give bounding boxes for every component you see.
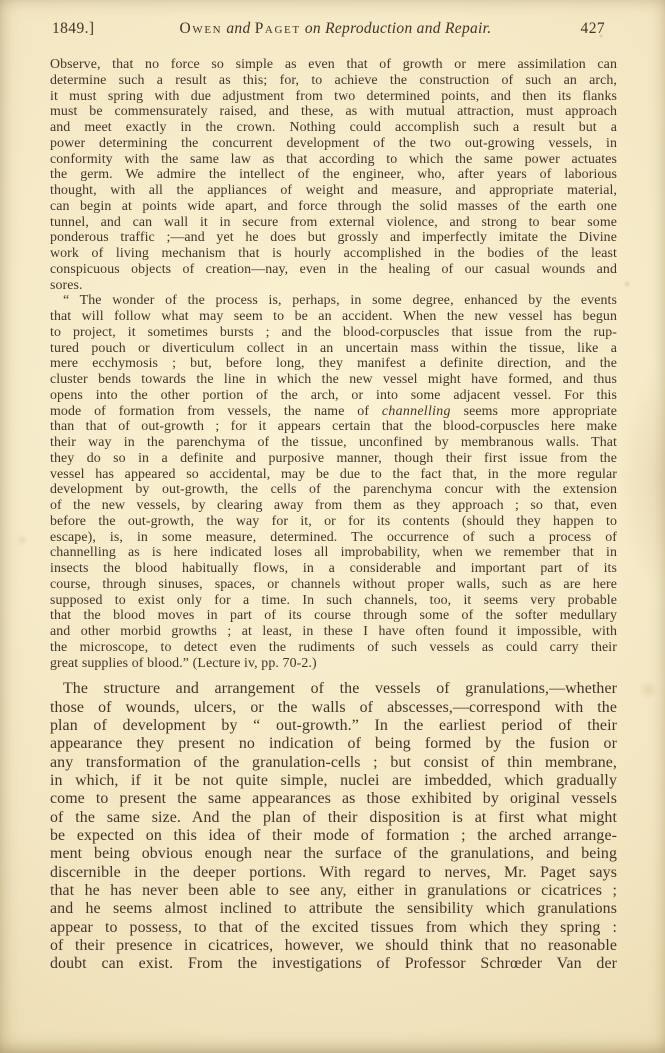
text-line: than that of out-growth ; for it appears… (50, 419, 617, 435)
paragraph: “ The wonder of the process is, perhaps,… (50, 293, 617, 671)
text-line: conspicuous objects of creation—nay, eve… (50, 262, 617, 278)
text-line: mode of formation from vessels, the name… (50, 404, 617, 420)
text-line: great supplies of blood.” (Lecture iv, p… (50, 656, 617, 672)
text-line: any transformation of the granulation-ce… (50, 754, 617, 772)
text-line: tured pouch or diverticulum collect in a… (50, 341, 617, 357)
text-line: before the out-growth, the way for it, o… (50, 514, 617, 530)
text-line: and he seems almost inclined to attribut… (50, 900, 617, 918)
text-line: it must spring with due adjustment from … (50, 89, 617, 105)
text-line: determine such a result as this; for, to… (50, 73, 617, 89)
running-title-segment: Owen (180, 20, 223, 37)
text-line: that will follow what may seem to be an … (50, 309, 617, 325)
text-line: tunnel, and can wall it in secure from e… (50, 215, 617, 231)
text-line: and other morbid growths ; at least, in … (50, 624, 617, 640)
running-title-segment: and (222, 20, 255, 37)
text-line: appearance they present no indication of… (50, 735, 617, 753)
text-line: the microscope, to detect even the rudim… (50, 640, 617, 656)
text-line: opens into the other portion of the arch… (50, 388, 617, 404)
text-line: work of living mechanism that is hourly … (50, 246, 617, 262)
text-line: power determining the concurrent develop… (50, 136, 617, 152)
text-line: development by out-growth, the cells of … (50, 482, 617, 498)
text-line: that he has never been able to see any, … (50, 882, 617, 900)
text-line: vessel has appeared so accidental, may b… (50, 467, 617, 483)
page-body: Observe, that no force so simple as even… (50, 57, 617, 974)
header-running-title: Owen and Paget on Reproduction and Repai… (180, 20, 492, 38)
header-page-number: 427 (581, 20, 605, 38)
text-line: and meet exactly in the crown. Nothing c… (50, 120, 617, 136)
text-line: that the blood moves in part of its cour… (50, 608, 617, 624)
text-line: doubt can exist. From the investigations… (50, 955, 617, 973)
text-line: of the same size. And the plan of their … (50, 809, 617, 827)
text-line: to project, it sometimes bursts ; and th… (50, 325, 617, 341)
text-line: those of wounds, ulcers, or the walls of… (50, 699, 617, 717)
text-line: insects the blood habitually flows, in a… (50, 561, 617, 577)
text-line: cluster bends towards the line in which … (50, 372, 617, 388)
text-line: the germ. We admire the intellect of the… (50, 167, 617, 183)
text-line: conformity with the same law as that acc… (50, 152, 617, 168)
paragraph: The structure and arrangement of the ves… (50, 680, 617, 974)
text-line: thought, with all the appliances of weig… (50, 183, 617, 199)
text-line: supposed to exist only for a time. In su… (50, 593, 617, 609)
text-line: course, through sinuses, spaces, or chan… (50, 577, 617, 593)
text-line: of the new vessels, by clearing away fro… (50, 498, 617, 514)
text-line: ponderous traffic ;—and yet he does but … (50, 230, 617, 246)
text-line: they do so in a definite and purposive m… (50, 451, 617, 467)
paragraph: Observe, that no force so simple as even… (50, 57, 617, 293)
text-line: “ The wonder of the process is, perhaps,… (50, 293, 617, 309)
text-line: ment being obvious enough near the surfa… (50, 845, 617, 863)
text-line: appear to possess, to that of the excite… (50, 919, 617, 937)
text-line: escape), is, in some measure, determined… (50, 530, 617, 546)
running-title-segment: on Reproduction and Repair. (301, 20, 492, 37)
text-line: of their presence in cicatrices, however… (50, 937, 617, 955)
text-line: discernible in the deeper portions. With… (50, 864, 617, 882)
text-line: come to present the same appearances as … (50, 790, 617, 808)
running-title-segment: Paget (255, 20, 301, 37)
text-line: channelling as is here indicated loses a… (50, 545, 617, 561)
page-header: 1849.] Owen and Paget on Reproduction an… (52, 20, 619, 42)
text-line: Observe, that no force so simple as even… (50, 57, 617, 73)
text-line: in which, if it be not quite simple, nuc… (50, 772, 617, 790)
scanned-book-page: 1849.] Owen and Paget on Reproduction an… (0, 0, 665, 1053)
header-year: 1849.] (52, 20, 94, 38)
text-line: mere ecchymosis ; but, before long, they… (50, 356, 617, 372)
text-line: plan of development by “ out-growth.” In… (50, 717, 617, 735)
text-line: The structure and arrangement of the ves… (50, 680, 617, 698)
text-line: their way in the parenchyma of the tissu… (50, 435, 617, 451)
text-line: can begin at points wide apart, and forc… (50, 199, 617, 215)
text-line: must be commensurately raised, and these… (50, 104, 617, 120)
text-line: be expected on this idea of their mode o… (50, 827, 617, 845)
text-line: sores. (50, 278, 617, 294)
